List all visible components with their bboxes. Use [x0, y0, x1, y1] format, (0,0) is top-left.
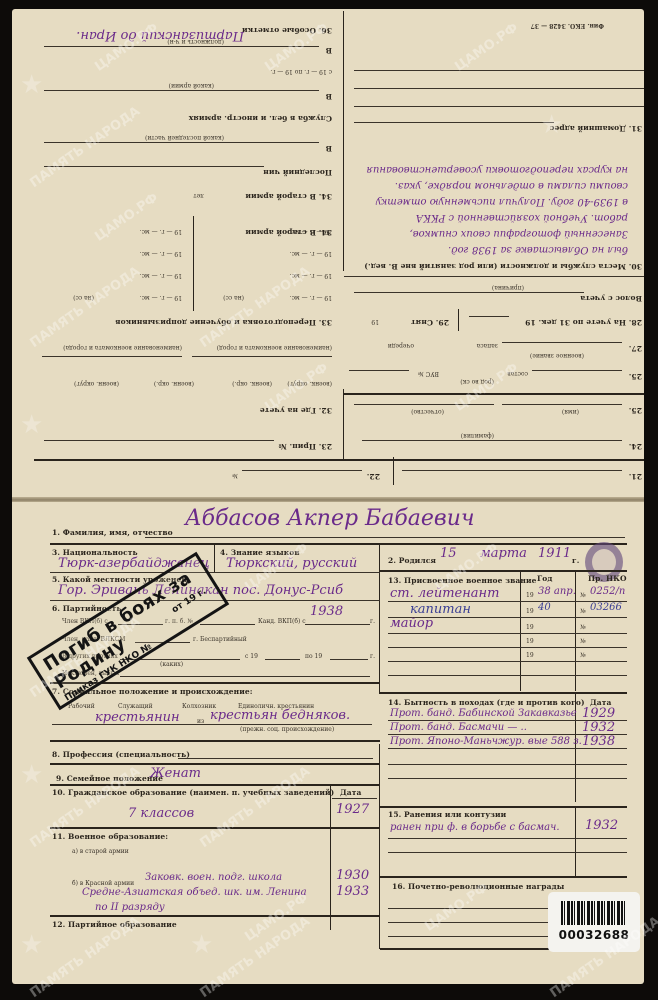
- campaign-row-2: Прот. банд. Басмачи — ..: [390, 722, 527, 733]
- field-6-other-hint: (каких): [160, 661, 183, 668]
- watermark: ЦАМО.РФ: [92, 20, 161, 74]
- field-6-to-line: [330, 659, 368, 660]
- watermark: ПАМЯТЬ НАРОДА: [27, 264, 142, 351]
- field-4-value: Тюркский, русский: [226, 556, 357, 571]
- separator-line: [50, 740, 380, 742]
- rank-row-4-year-prefix: 19: [526, 638, 534, 645]
- field-10-date-header: Дата: [340, 788, 361, 797]
- rank-row-line: [388, 647, 627, 648]
- watermark: ЦАМО.РФ: [242, 890, 311, 944]
- divider: [330, 785, 331, 930]
- field-2-label: 2. Родился: [388, 556, 436, 565]
- field-15-label: 15. Ранения или контузии: [388, 810, 506, 819]
- star-watermark-icon: ★: [20, 760, 43, 790]
- field-10-date: 1927: [336, 802, 369, 817]
- field-11b-line-3: по II разряду: [95, 902, 165, 913]
- campaign-row-2-date: 1932: [582, 720, 615, 735]
- star-watermark-icon: ★: [190, 930, 213, 960]
- field-6-cand: Канд. ВКП(б) с: [258, 618, 306, 625]
- rank-row-line: [388, 675, 627, 676]
- field-7-line: [52, 724, 372, 725]
- rank-row-2-num-prefix: №: [580, 608, 586, 615]
- rank-row-line: [388, 661, 627, 662]
- separator-line: [380, 806, 627, 808]
- barcode-icon: [561, 901, 627, 925]
- field-10-value: 7 классов: [128, 806, 194, 821]
- field-1-value: Аббасов Акпер Бабаевич: [185, 506, 475, 531]
- field-2-month: марта: [480, 546, 527, 561]
- field-13-label: 13. Присвоенное военное звание: [388, 576, 537, 585]
- star-watermark-icon: ★: [540, 110, 563, 140]
- rank-row-1-order: 0252/п: [590, 586, 625, 597]
- field-6-other-g: г.: [370, 653, 375, 660]
- field-12-label: 12. Партийное образование: [52, 920, 177, 929]
- field-16-label: 16. Почетно-революционные награды: [392, 882, 564, 891]
- field-1-line: [145, 537, 625, 538]
- watermark: ЦАМО.РФ: [452, 360, 521, 414]
- rank-row-4-num-prefix: №: [580, 638, 586, 645]
- bottom-form: 1. Фамилия, имя, отчество Аббасов Акпер …: [0, 0, 658, 1000]
- rank-row-1-num-prefix: №: [580, 592, 586, 599]
- rank-row-1-year: 38 апр.: [538, 586, 576, 597]
- field-6-bespart: г. Беспартийный: [193, 636, 247, 643]
- separator-line: [380, 570, 627, 572]
- divider: [379, 744, 380, 949]
- field-2-suffix: г.: [572, 556, 579, 565]
- campaign-row-line: [388, 734, 627, 735]
- field-11b-date-2: 1933: [336, 884, 369, 899]
- field-6-cand-tail: г.: [370, 618, 375, 625]
- rank-row-5-year-prefix: 19: [526, 652, 534, 659]
- separator-line: [50, 543, 627, 545]
- divider: [379, 544, 380, 694]
- field-11b-line-2: Средне-Азиатская объед. шк. им. Ленина: [82, 887, 307, 898]
- watermark: ЦАМО.РФ: [262, 360, 331, 414]
- field-14-label: 14. Бытность в походах (где и против ког…: [388, 698, 585, 707]
- rank-row-1: ст. лейтенант: [390, 586, 499, 601]
- field-7-option-worker: Рабочий: [68, 703, 95, 710]
- field-6-cand-value: 1938: [310, 604, 343, 619]
- field-7-value: крестьянин: [95, 710, 180, 725]
- watermark: ПАМЯТЬ НАРОДА: [197, 764, 312, 851]
- separator-line: [380, 876, 627, 878]
- field-2-day: 15: [440, 546, 457, 561]
- field-7-hint: (прежн. соц. происхождение): [240, 726, 334, 733]
- rank-row-2-year-prefix: 19: [526, 608, 534, 615]
- field-15-value: ранен при ф. в борьбе с басмач.: [390, 822, 560, 833]
- field-9-value: Женат: [150, 766, 201, 781]
- field-6-other-to: по 19: [305, 653, 322, 660]
- rank-row-1-year-prefix: 19: [526, 592, 534, 599]
- campaign-row-line: [388, 748, 627, 749]
- star-watermark-icon: ★: [20, 70, 43, 100]
- divider: [214, 544, 215, 572]
- field-6-from-line: [265, 659, 300, 660]
- field-13-year-header: Год: [537, 574, 552, 583]
- divider: [520, 571, 521, 691]
- campaign-row-line: [388, 764, 627, 765]
- watermark: ЦАМО.РФ: [452, 20, 521, 74]
- field-6-cand-line: [305, 624, 370, 625]
- separator-line: [50, 827, 380, 829]
- watermark: ЦАМО.РФ: [92, 190, 161, 244]
- rank-row-3-year-prefix: 19: [526, 624, 534, 631]
- star-watermark-icon: ★: [20, 930, 43, 960]
- rank-row-2: капитан: [410, 602, 471, 617]
- divider: [575, 806, 576, 876]
- field-1-label: 1. Фамилия, имя, отчество: [52, 528, 173, 537]
- field-11-label: 11. Военное образование:: [52, 832, 168, 841]
- field-7-origin: крестьян бедняков.: [210, 708, 350, 723]
- field-8-label: 8. Профессия (специальность): [52, 750, 190, 759]
- date-underline: [332, 798, 377, 799]
- watermark: ПАМЯТЬ НАРОДА: [197, 264, 312, 351]
- field-11b-date-1: 1930: [336, 868, 369, 883]
- awards-line: [388, 908, 548, 909]
- awards-line: [388, 936, 548, 937]
- field-15-date: 1932: [585, 818, 618, 833]
- watermark: ЦАМО.РФ: [262, 20, 331, 74]
- field-8-line: [178, 758, 373, 759]
- rank-row-line: [388, 633, 627, 634]
- campaign-row-3-date: 1938: [582, 734, 615, 749]
- separator-line: [50, 915, 380, 917]
- field-13-order-header: Пр. НКО: [588, 574, 627, 583]
- wounds-line: [388, 852, 627, 853]
- awards-line: [388, 922, 548, 923]
- separator-line: [50, 572, 380, 573]
- field-9-label: 9. Семейное положение: [56, 774, 163, 783]
- campaign-row-line: [388, 778, 627, 779]
- field-11a-label: а) в старой армии: [72, 848, 129, 855]
- wounds-line: [388, 838, 627, 839]
- separator-line: [50, 763, 380, 765]
- field-6-other-from: с 19: [245, 653, 258, 660]
- campaign-row-1-date: 1929: [582, 706, 615, 721]
- field-6-excluded-line: [120, 676, 370, 677]
- campaign-row-3: Прот. Японо-Маньчжур. вые 588 з.: [390, 736, 582, 747]
- star-watermark-icon: ★: [20, 410, 43, 440]
- archive-barcode-label: 00032688: [548, 892, 640, 952]
- field-7-option-employee: Служащий: [118, 703, 153, 710]
- campaign-row-1: Прот. банд. Бабинской Закавказье: [390, 708, 577, 719]
- campaign-row-line: [388, 720, 627, 721]
- field-11b-label: б) в Красной армии: [72, 880, 134, 887]
- rank-row-2-year: 40: [538, 602, 551, 613]
- field-6-pb-line: [200, 624, 255, 625]
- watermark: ПАМЯТЬ НАРОДА: [197, 914, 312, 1000]
- field-2-year: 1911: [538, 546, 571, 561]
- field-11b-line-1: Заковк. воен. подг. школа: [145, 872, 282, 883]
- rank-row-5-num-prefix: №: [580, 652, 586, 659]
- separator-line: [380, 692, 627, 694]
- rank-row-3: майор: [390, 616, 433, 631]
- watermark: ПАМЯТЬ НАРОДА: [27, 104, 142, 191]
- rank-row-3-num-prefix: №: [580, 624, 586, 631]
- separator-line: [380, 948, 550, 950]
- field-10-label: 10. Гражданское образование (наимен. п. …: [52, 788, 334, 797]
- barcode-number: 00032688: [548, 928, 640, 942]
- rank-row-2-order: 03266: [590, 602, 622, 613]
